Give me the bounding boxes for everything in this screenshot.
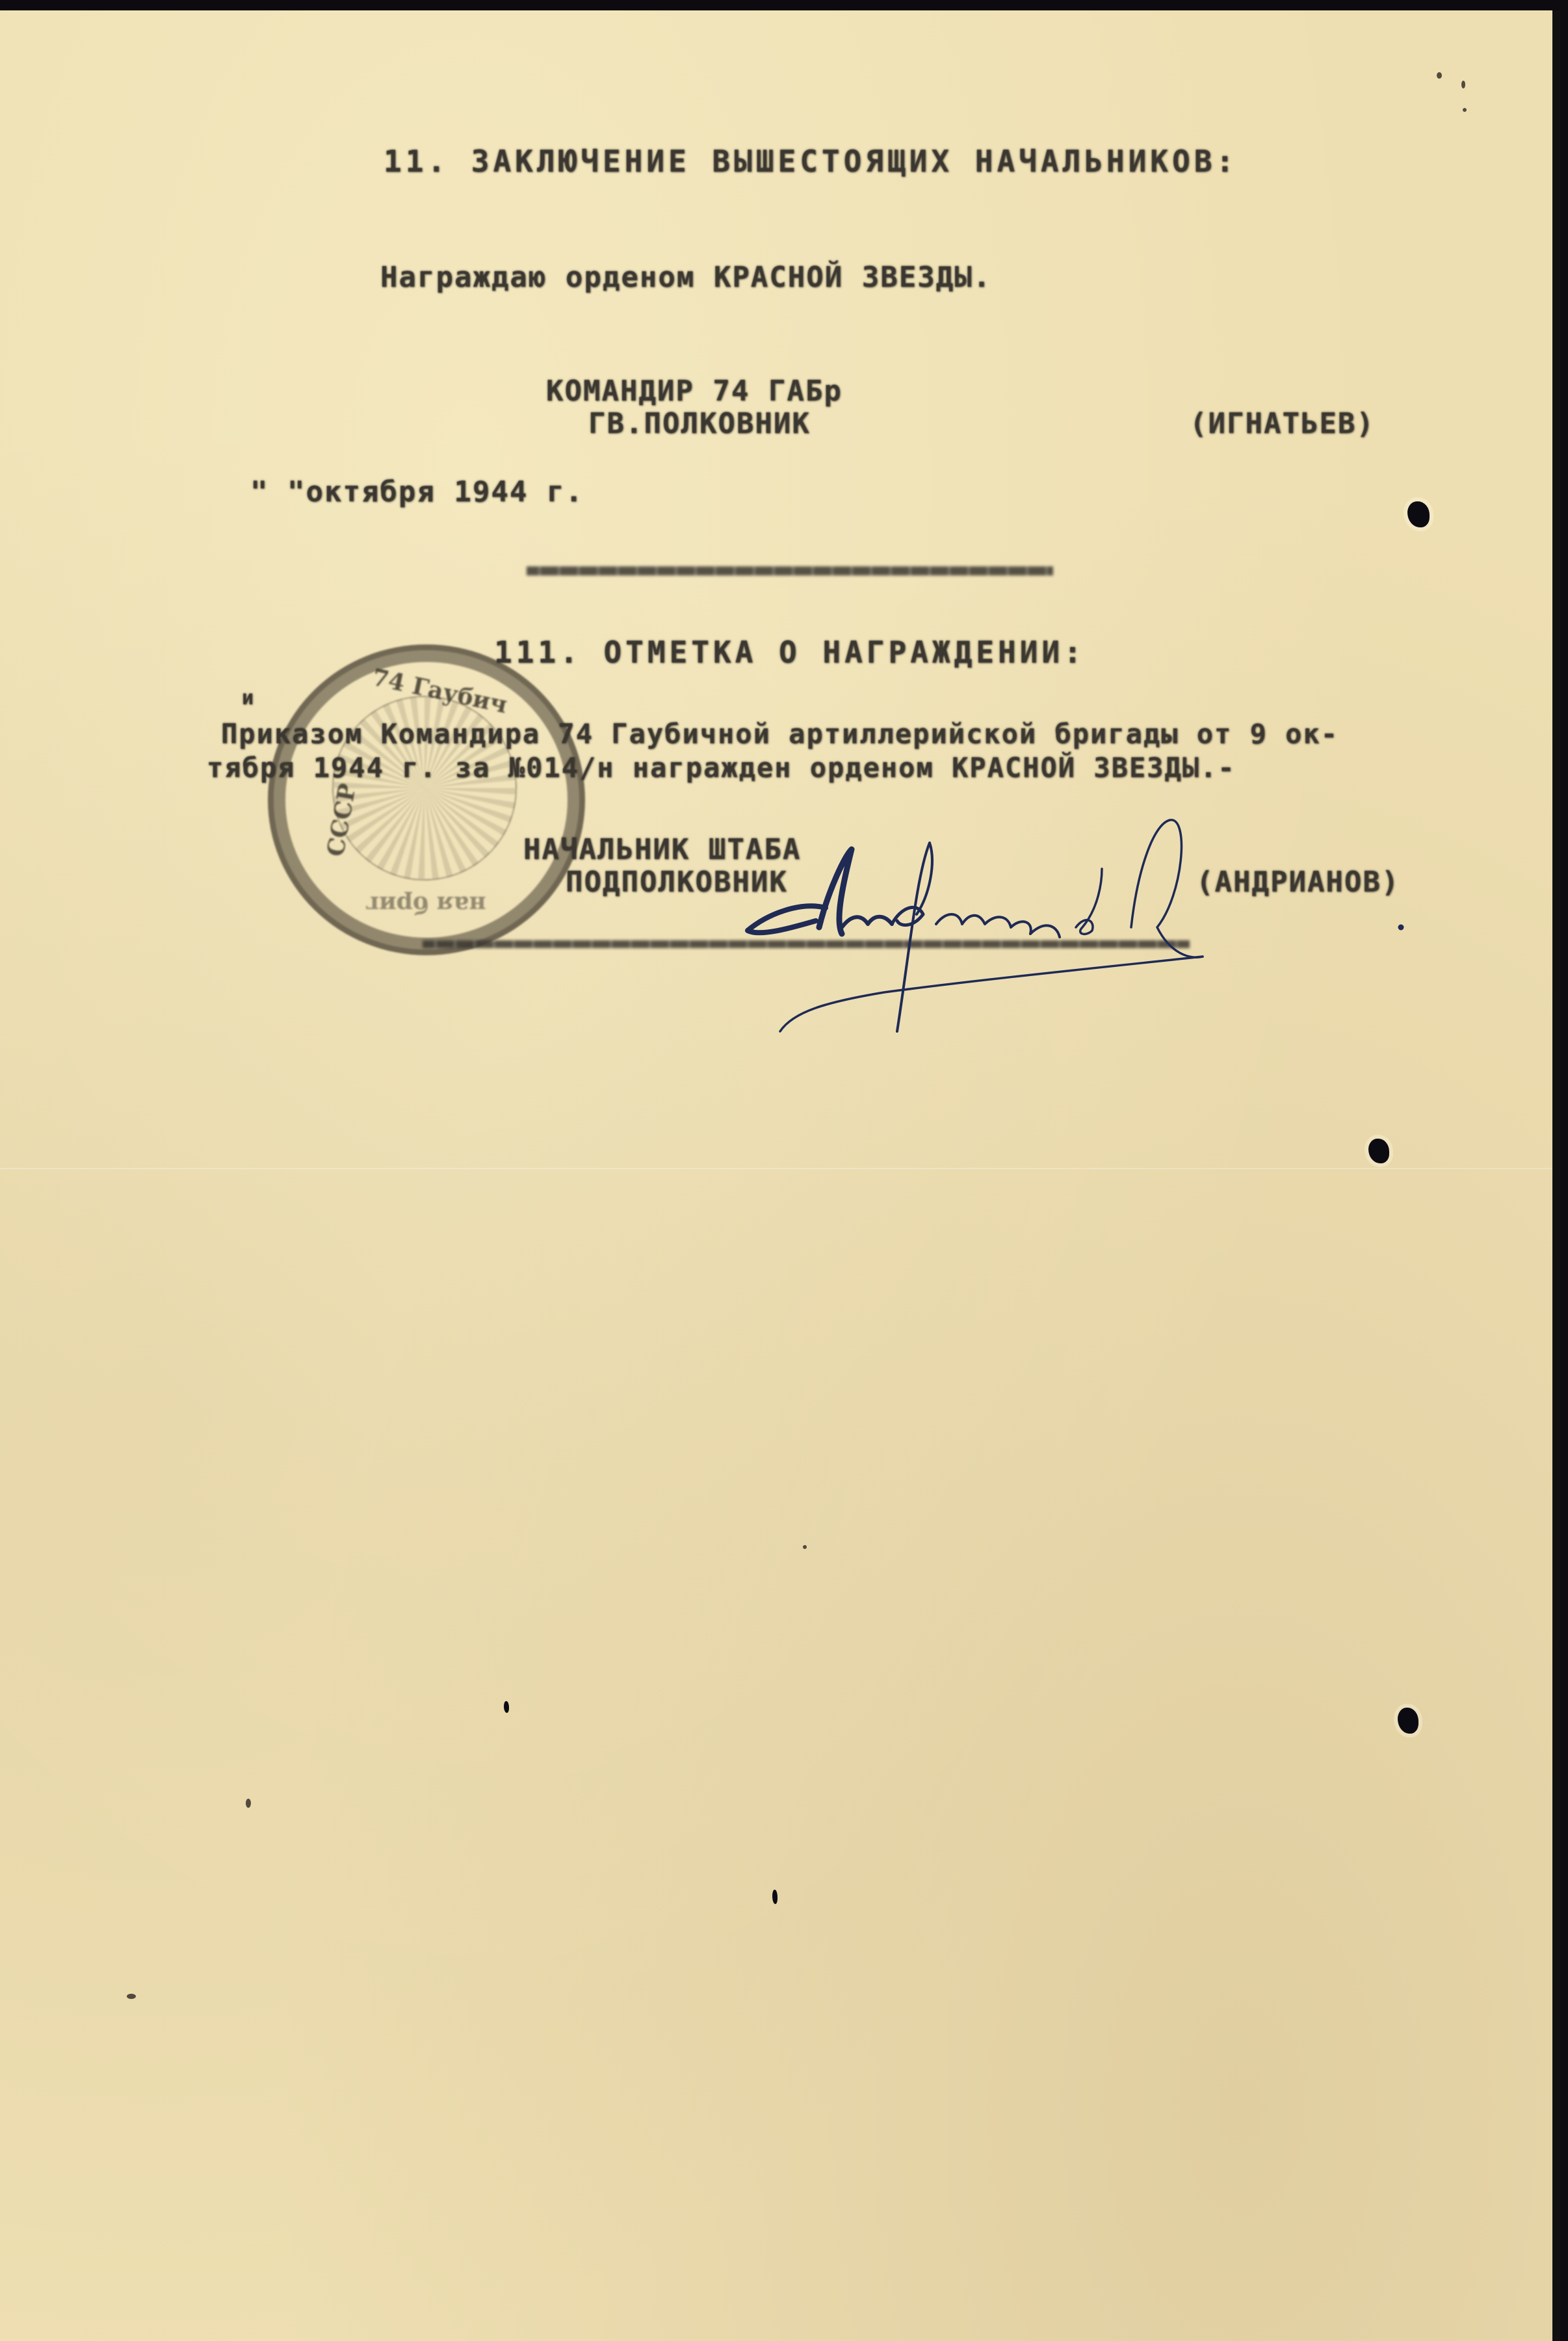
binding-hole (1368, 1139, 1389, 1163)
commander-title-line1: КОМАНДИР 74 ГАБр (546, 375, 843, 408)
stamp-bottom-text: ная бриг (365, 891, 486, 918)
paper-speck (246, 1799, 251, 1808)
award-decision-text: Награждаю орденом КРАСНОЙ ЗВЕЗДЫ. (380, 261, 991, 294)
commander-title-line2: ГВ.ПОЛКОВНИК (588, 407, 811, 440)
paper-speck (127, 1994, 136, 1999)
archive-document-page: 11. ЗАКЛЮЧЕНИЕ ВЫШЕСТОЯЩИХ НАЧАЛЬНИКОВ: … (0, 10, 1560, 2341)
paper-speck (1463, 108, 1467, 112)
paper-speck (1437, 72, 1442, 79)
paper-fold-line (0, 1168, 1552, 1169)
handwritten-signature (722, 817, 1450, 1051)
paper-speck (803, 1545, 807, 1549)
award-order-line1: Приказом Командира 74 Гаубичной артиллер… (221, 718, 1339, 750)
pin-hole (772, 1890, 777, 1904)
commander-name: (ИГНАТЬЕВ) (1190, 407, 1375, 440)
section-3-heading: 111. ОТМЕТКА О НАГРАЖДЕНИИ: (494, 635, 1086, 670)
document-date: " "октября 1944 г. (250, 475, 584, 509)
section-2-heading: 11. ЗАКЛЮЧЕНИЕ ВЫШЕСТОЯЩИХ НАЧАЛЬНИКОВ: (384, 144, 1238, 179)
binding-hole (1398, 1708, 1418, 1734)
official-round-stamp: 74 Гаубич СССР ная бриг (268, 644, 585, 955)
award-order-line2: тября 1944 г. за №014/н награжден ордено… (207, 752, 1236, 784)
binding-hole (1407, 501, 1430, 527)
margin-mark: и (242, 687, 255, 709)
paper-speck (1461, 81, 1465, 88)
section-divider-rule (527, 566, 1053, 575)
pin-hole (504, 1701, 509, 1713)
